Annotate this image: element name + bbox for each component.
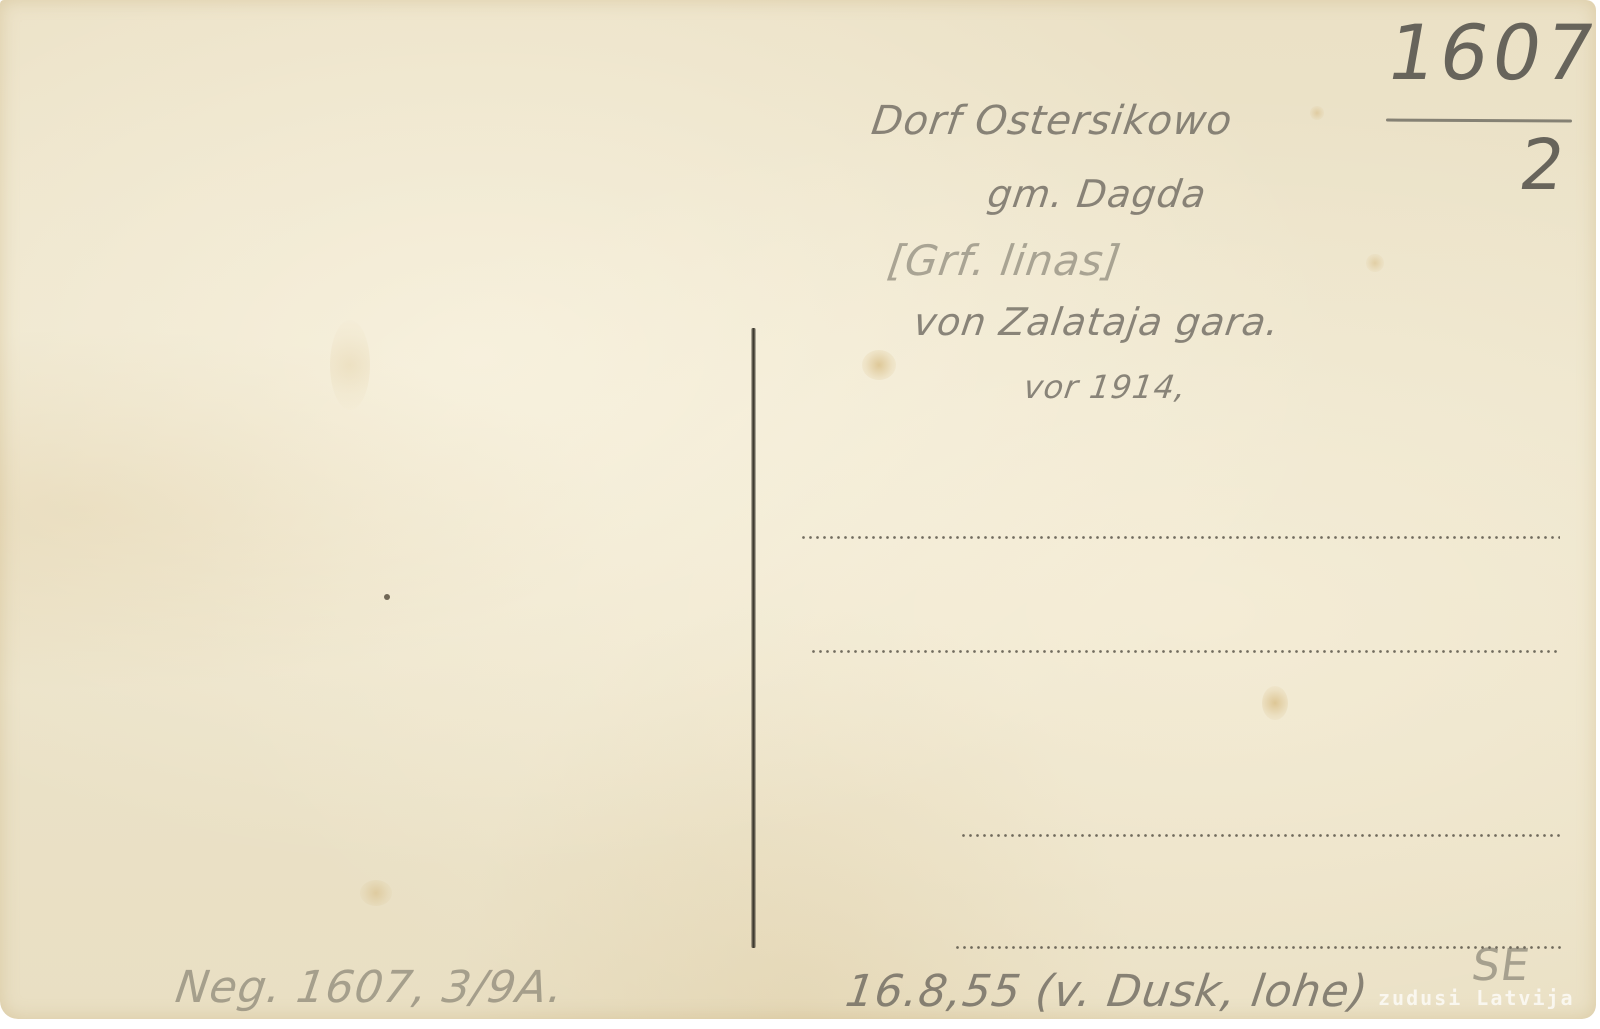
- note-line-3: [Grf. linas]: [885, 236, 1125, 285]
- stain: [862, 350, 896, 380]
- address-line-3: [960, 834, 1564, 837]
- stain: [1310, 106, 1324, 120]
- catalog-number-denominator: 2: [1514, 124, 1571, 206]
- note-line-1: Dorf Ostersikowo: [869, 98, 1236, 144]
- stain: [384, 594, 390, 600]
- negative-number-note: Neg. 1607, 3/9A.: [172, 962, 567, 1013]
- fraction-rule: [1386, 119, 1572, 123]
- vertical-divider-line: [751, 328, 756, 948]
- postcard-back: 1607 2 Dorf Ostersikowo gm. Dagda [Grf. …: [0, 0, 1596, 1019]
- address-line-4: [954, 946, 1564, 949]
- address-line-2: [810, 650, 1560, 653]
- stain: [1366, 254, 1384, 272]
- date-note: 16.8,55 (v. Dusk, lohe): [842, 966, 1371, 1017]
- note-line-4: von Zalataja gara.: [911, 300, 1283, 344]
- stain: [1262, 686, 1288, 720]
- address-line-1: [800, 536, 1560, 539]
- catalog-number-numerator: 1607: [1380, 8, 1600, 97]
- zudusi-latvija-watermark: zudusi Latvija: [1378, 986, 1575, 1010]
- note-line-2: gm. Dagda: [985, 172, 1210, 216]
- note-line-5: vor 1914,: [1021, 368, 1189, 406]
- stain: [330, 320, 370, 410]
- initials-note: SE: [1468, 940, 1533, 991]
- stain: [360, 880, 392, 906]
